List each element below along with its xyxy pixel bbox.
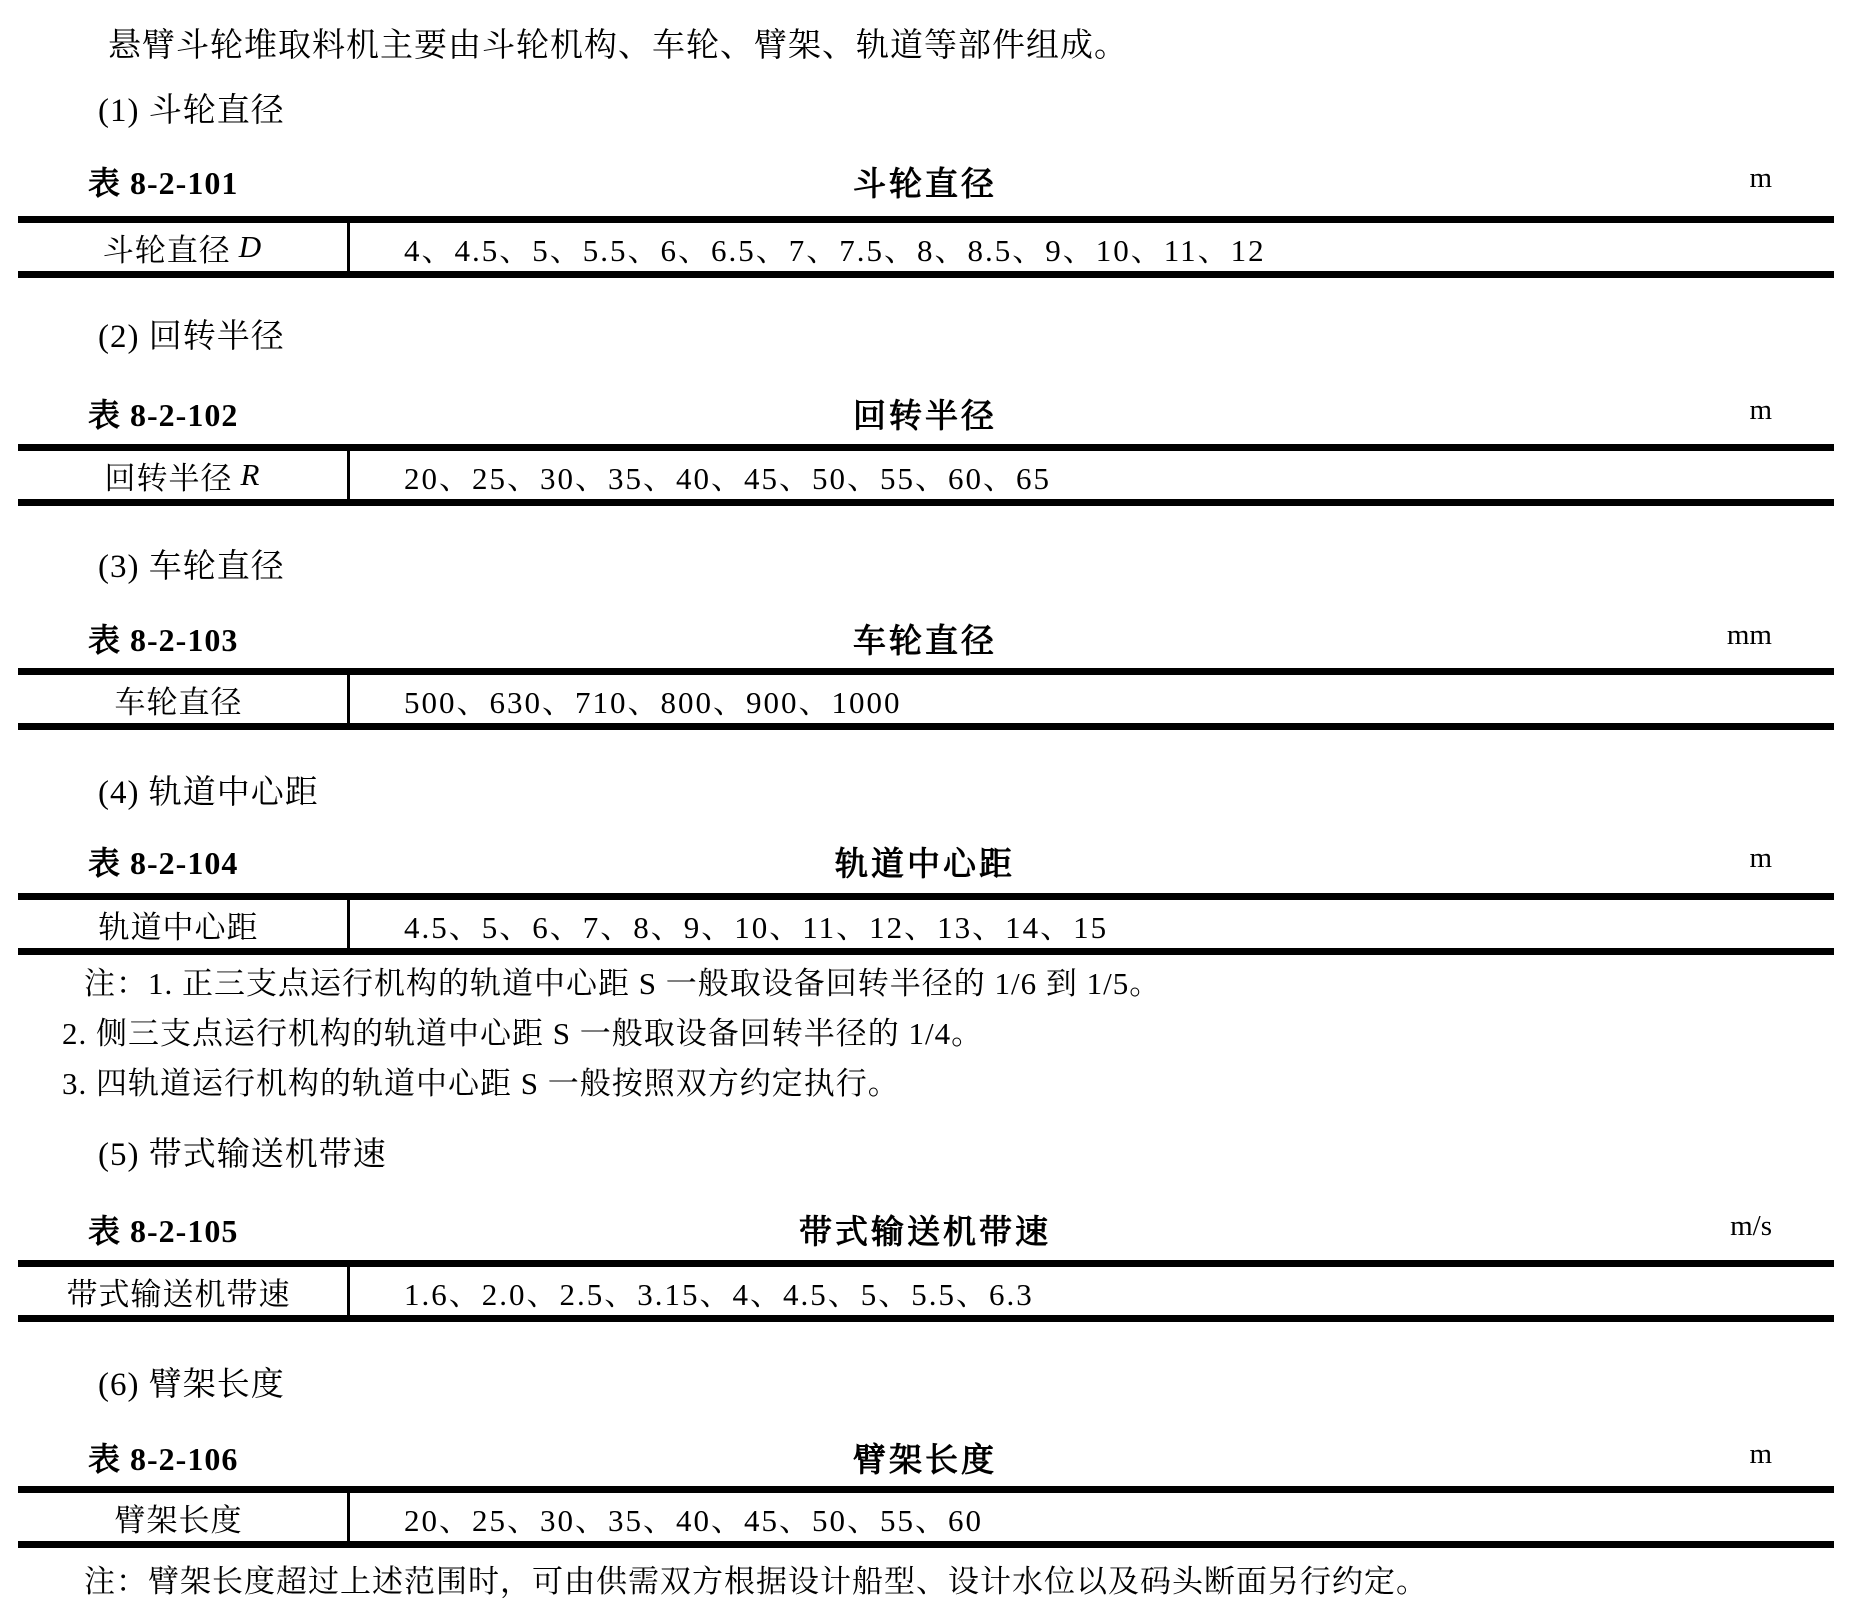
- section-heading-5: (5) 带式输送机带速: [98, 1128, 387, 1175]
- row-header-cell: 臂架长度: [18, 1493, 350, 1541]
- document-page: 悬臂斗轮堆取料机主要由斗轮机构、车轮、臂架、轨道等部件组成。 (1) 斗轮直径 …: [0, 0, 1850, 1619]
- table-row: 臂架长度 20、25、30、35、40、45、50、55、60: [18, 1493, 1834, 1541]
- table-unit: mm: [1727, 619, 1772, 652]
- table-103: 车轮直径 500、630、710、800、900、1000: [18, 668, 1834, 730]
- section-heading-6: (6) 臂架长度: [98, 1358, 285, 1405]
- table-unit: m/s: [1730, 1210, 1772, 1243]
- table-caption-103: 表 8-2-103 车轮直径 mm: [0, 615, 1850, 657]
- row-label: 回转半径: [105, 453, 233, 498]
- row-values-cell: 1.6、2.0、2.5、3.15、4、4.5、5、5.5、6.3: [350, 1267, 1834, 1315]
- table-caption-106: 表 8-2-106 臂架长度 m: [0, 1434, 1850, 1476]
- row-header-cell: 车轮直径: [18, 675, 350, 723]
- section-heading-4: (4) 轨道中心距: [98, 766, 319, 813]
- table-row: 车轮直径 500、630、710、800、900、1000: [18, 675, 1834, 723]
- table-row: 带式输送机带速 1.6、2.0、2.5、3.15、4、4.5、5、5.5、6.3: [18, 1267, 1834, 1315]
- table-104-note-2: 2. 侧三支点运行机构的轨道中心距 S 一般取设备回转半径的 1/4。: [62, 1008, 983, 1053]
- table-caption-105: 表 8-2-105 带式输送机带速 m/s: [0, 1206, 1850, 1248]
- row-header-cell: 轨道中心距: [18, 900, 350, 948]
- row-values-cell: 4、4.5、5、5.5、6、6.5、7、7.5、8、8.5、9、10、11、12: [350, 223, 1834, 271]
- row-label: 斗轮直径: [103, 225, 231, 270]
- row-symbol: R: [241, 457, 261, 493]
- table-104: 轨道中心距 4.5、5、6、7、8、9、10、11、12、13、14、15: [18, 893, 1834, 955]
- table-caption-101: 表 8-2-101 斗轮直径 m: [0, 158, 1850, 200]
- row-values-cell: 500、630、710、800、900、1000: [350, 675, 1834, 723]
- row-values-cell: 4.5、5、6、7、8、9、10、11、12、13、14、15: [350, 900, 1834, 948]
- table-caption-104: 表 8-2-104 轨道中心距 m: [0, 838, 1850, 880]
- table-unit: m: [1749, 162, 1772, 195]
- table-row: 回转半径R 20、25、30、35、40、45、50、55、60、65: [18, 451, 1834, 499]
- table-106: 臂架长度 20、25、30、35、40、45、50、55、60: [18, 1486, 1834, 1548]
- table-title: 轨道中心距: [0, 838, 1850, 885]
- table-title: 臂架长度: [0, 1434, 1850, 1481]
- row-label: 臂架长度: [115, 1495, 243, 1540]
- row-label: 车轮直径: [115, 677, 243, 722]
- table-104-note-1: 注：1. 正三支点运行机构的轨道中心距 S 一般取设备回转半径的 1/6 到 1…: [84, 958, 1161, 1003]
- intro-paragraph: 悬臂斗轮堆取料机主要由斗轮机构、车轮、臂架、轨道等部件组成。: [108, 24, 1790, 68]
- table-title: 车轮直径: [0, 615, 1850, 662]
- row-symbol: D: [239, 229, 262, 265]
- row-values-cell: 20、25、30、35、40、45、50、55、60、65: [350, 451, 1834, 499]
- table-101: 斗轮直径D 4、4.5、5、5.5、6、6.5、7、7.5、8、8.5、9、10…: [18, 216, 1834, 278]
- row-header-cell: 带式输送机带速: [18, 1267, 350, 1315]
- table-unit: m: [1749, 1438, 1772, 1471]
- table-row: 斗轮直径D 4、4.5、5、5.5、6、6.5、7、7.5、8、8.5、9、10…: [18, 223, 1834, 271]
- table-title: 带式输送机带速: [0, 1206, 1850, 1253]
- table-title: 斗轮直径: [0, 158, 1850, 205]
- table-unit: m: [1749, 842, 1772, 875]
- table-unit: m: [1749, 394, 1772, 427]
- row-header-cell: 回转半径R: [18, 451, 350, 499]
- table-caption-102: 表 8-2-102 回转半径 m: [0, 390, 1850, 432]
- row-label: 带式输送机带速: [67, 1269, 291, 1314]
- section-heading-3: (3) 车轮直径: [98, 540, 285, 587]
- row-values-cell: 20、25、30、35、40、45、50、55、60: [350, 1493, 1834, 1541]
- table-104-note-3: 3. 四轨道运行机构的轨道中心距 S 一般按照双方约定执行。: [62, 1058, 900, 1103]
- section-heading-1: (1) 斗轮直径: [98, 84, 285, 131]
- section-heading-2: (2) 回转半径: [98, 310, 285, 357]
- table-102: 回转半径R 20、25、30、35、40、45、50、55、60、65: [18, 444, 1834, 506]
- table-105: 带式输送机带速 1.6、2.0、2.5、3.15、4、4.5、5、5.5、6.3: [18, 1260, 1834, 1322]
- table-title: 回转半径: [0, 390, 1850, 437]
- row-header-cell: 斗轮直径D: [18, 223, 350, 271]
- row-label: 轨道中心距: [99, 902, 259, 947]
- table-row: 轨道中心距 4.5、5、6、7、8、9、10、11、12、13、14、15: [18, 900, 1834, 948]
- table-106-note: 注：臂架长度超过上述范围时，可由供需双方根据设计船型、设计水位以及码头断面另行约…: [84, 1556, 1428, 1601]
